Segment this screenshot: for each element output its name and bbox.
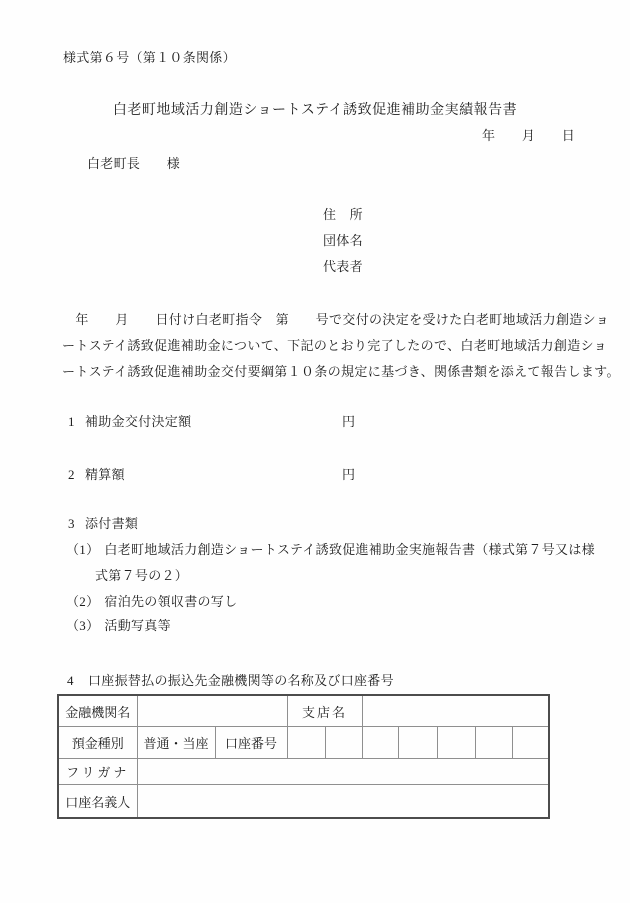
addressee-line: 白老町長 様 xyxy=(87,156,180,171)
item3-sub3-text: 活動写真等 xyxy=(104,618,171,633)
account-holder-label: 口座名義人 xyxy=(58,785,137,819)
account-digit-cell xyxy=(437,727,475,759)
item3-sub3-line: （3）活動写真等 xyxy=(66,618,171,633)
item3-sub2-number: （2） xyxy=(66,594,99,609)
branch-value-cell xyxy=(362,695,549,727)
item3-sub2-text: 宿泊先の領収書の写し xyxy=(104,594,237,609)
account-digit-cell xyxy=(362,727,398,759)
item2-number: 2 xyxy=(68,467,75,482)
financial-institution-value-cell xyxy=(137,695,287,727)
item4-label: 口座振替払の振込先金融機関等の名称及び口座番号 xyxy=(88,673,394,688)
account-digit-cell xyxy=(325,727,362,759)
furigana-label: フリガナ xyxy=(58,759,137,785)
item1-number: 1 xyxy=(68,414,75,429)
item2-label: 精算額 xyxy=(85,467,125,482)
item3-sub1-number: （1） xyxy=(66,542,99,557)
body-line-1: 年 月 日付け白老町指令 第 号で交付の決定を受けた白老町地域活力創造ショ xyxy=(62,307,628,333)
deposit-type-value: 普通・当座 xyxy=(137,727,215,759)
signer-address-label: 住 所 xyxy=(323,207,363,222)
item4-number: 4 xyxy=(67,673,74,688)
item3-sub1-line: （1）白老町地域活力創造ショートステイ誘致促進補助金実施報告書（様式第７号又は様 xyxy=(66,542,595,557)
body-paragraph: 年 月 日付け白老町指令 第 号で交付の決定を受けた白老町地域活力創造ショ ート… xyxy=(62,307,628,385)
item1-label: 補助金交付決定額 xyxy=(85,414,191,429)
body-line-2: ートステイ誘致促進補助金について、下記のとおり完了したので、白老町地域活力創造シ… xyxy=(62,333,628,359)
signer-organization-label: 団体名 xyxy=(323,233,363,248)
item3-number: 3 xyxy=(68,516,75,531)
form-number: 様式第６号（第１０条関係） xyxy=(63,50,236,65)
item3-label: 添付書類 xyxy=(85,516,138,531)
date-line: 年 月 日 xyxy=(482,128,575,143)
deposit-type-label: 預金種別 xyxy=(58,727,137,759)
financial-institution-label: 金融機関名 xyxy=(58,695,137,727)
item2-unit-yen: 円 xyxy=(342,467,355,482)
signer-representative-label: 代表者 xyxy=(323,259,363,274)
account-digit-cell xyxy=(398,727,437,759)
item3-sub3-number: （3） xyxy=(66,618,99,633)
branch-label: 支店名 xyxy=(287,695,362,727)
document-page: 様式第６号（第１０条関係） 白老町地域活力創造ショートステイ誘致促進補助金実績報… xyxy=(0,0,630,903)
account-digit-cell xyxy=(475,727,512,759)
furigana-value-cell xyxy=(137,759,549,785)
item3-sub1-text-continued: 式第７号の２） xyxy=(95,568,188,583)
account-holder-value-cell xyxy=(137,785,549,819)
item3-sub1-text: 白老町地域活力創造ショートステイ誘致促進補助金実施報告書（様式第７号又は様 xyxy=(104,542,595,557)
item3-sub2-line: （2）宿泊先の領収書の写し xyxy=(66,594,237,609)
document-title: 白老町地域活力創造ショートステイ誘致促進補助金実績報告書 xyxy=(0,102,630,119)
account-number-label: 口座番号 xyxy=(215,727,287,759)
account-digit-cell xyxy=(287,727,325,759)
body-line-3: ートステイ誘致促進補助金交付要綱第１０条の規定に基づき、関係書類を添えて報告しま… xyxy=(62,359,628,385)
item1-unit-yen: 円 xyxy=(342,414,355,429)
bank-account-table: 金融機関名 支店名 預金種別 普通・当座 口座番号 フリガナ 口座名義人 xyxy=(57,694,550,819)
account-digit-cell xyxy=(512,727,549,759)
